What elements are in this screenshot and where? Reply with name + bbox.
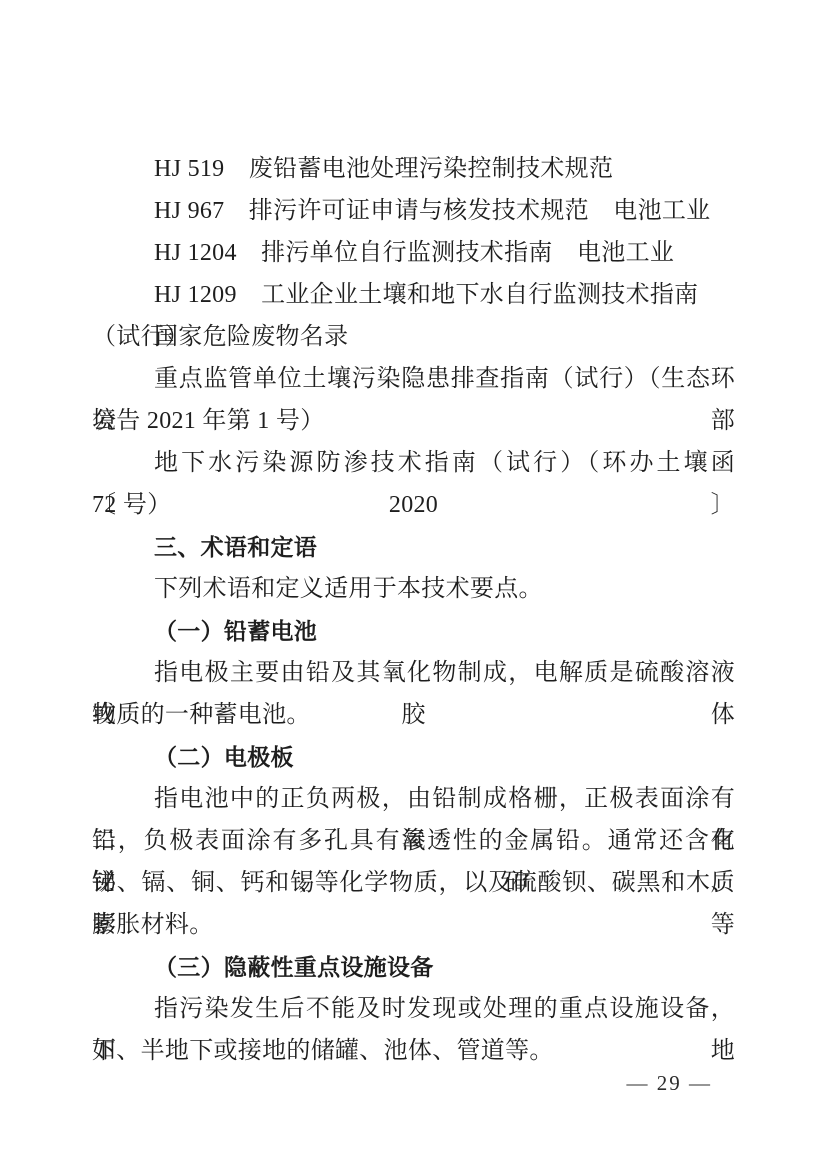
text-line: HJ 1209 工业企业土壤和地下水自行监测技术指南（试行） [92,274,735,316]
text-line: 铅，负极表面涂有多孔具有渗透性的金属铅。通常还含有锑、砷、 [92,820,735,862]
page-number: — 29 — [627,1071,713,1096]
text-line: HJ 1204 排污单位自行监测技术指南 电池工业 [92,232,735,274]
text-line: HJ 967 排污许可证申请与核发技术规范 电池工业 [92,190,735,232]
text-line: 地下水污染源防渗技术指南（试行）（环办土壤函〔2020〕 [92,442,735,484]
section-heading: （二）电极板 [92,736,735,778]
document-page: HJ 519 废铅蓄电池处理污染控制技术规范HJ 967 排污许可证申请与核发技… [0,0,826,1169]
text-line: 下列术语和定义适用于本技术要点。 [92,568,735,610]
document-body: HJ 519 废铅蓄电池处理污染控制技术规范HJ 967 排污许可证申请与核发技… [92,148,735,1072]
section-heading: （一）铅蓄电池 [92,610,735,652]
text-line: 国家危险废物名录 [92,316,735,358]
text-line: HJ 519 废铅蓄电池处理污染控制技术规范 [92,148,735,190]
section-heading: （三）隐蔽性重点设施设备 [92,946,735,988]
text-line: 重点监管单位土壤污染隐患排查指南（试行）（生态环境部 [92,358,735,400]
text-line: 指电极主要由铅及其氧化物制成，电解质是硫酸溶液或胶体 [92,652,735,694]
text-line: 铋、镉、铜、钙和锡等化学物质，以及硫酸钡、碳黑和木质素等 [92,862,735,904]
text-line: 指污染发生后不能及时发现或处理的重点设施设备，如地 [92,988,735,1030]
text-line: 指电池中的正负两极，由铅制成格栅，正极表面涂有二氧化 [92,778,735,820]
section-heading: 三、术语和定语 [92,526,735,568]
